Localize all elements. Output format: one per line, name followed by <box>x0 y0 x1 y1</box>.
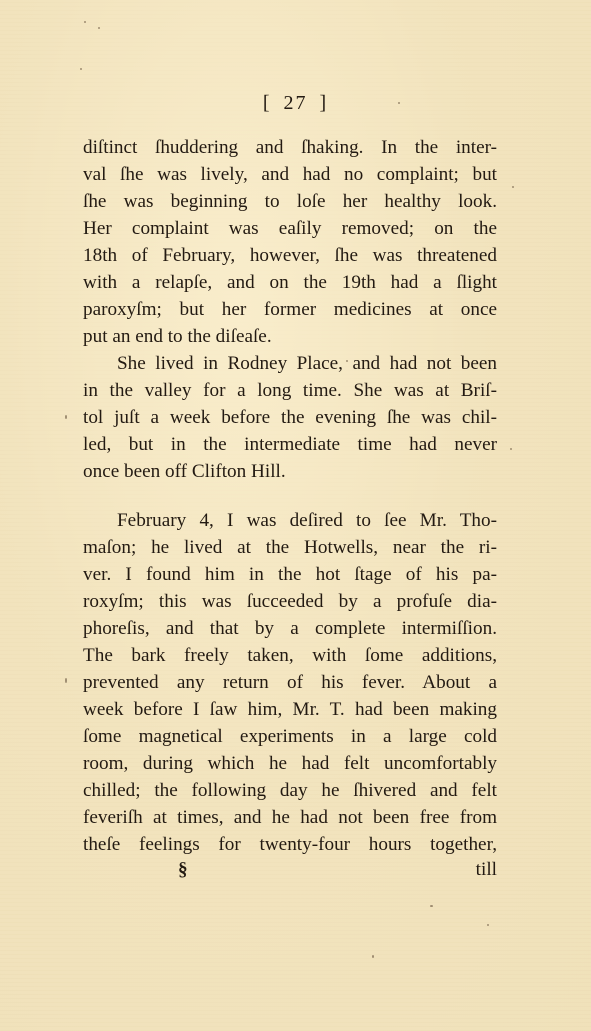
text-line: February 4, I was deſired to ſee Mr. Tho… <box>83 507 497 534</box>
paper-speck <box>84 21 86 23</box>
bracket-close: ] <box>308 92 341 114</box>
paragraph-mr-thomason: February 4, I was deſired to ſee Mr. Tho… <box>83 507 497 858</box>
text-line: tol juſt a week before the evening ſhe w… <box>83 404 497 431</box>
paper-speck <box>398 102 400 104</box>
paragraph-continuation: diſtinct ſhuddering and ſhaking. In the … <box>83 134 497 350</box>
catchline: § till <box>83 856 497 883</box>
paper-speck <box>510 448 512 450</box>
text-line: maſon; he lived at the Hotwells, near th… <box>83 534 497 561</box>
text-line: diſtinct ſhuddering and ſhaking. In the … <box>83 134 497 161</box>
paper-speck <box>346 360 348 362</box>
paper-speck <box>430 905 433 907</box>
text-line: feveriſh at times, and he had not been f… <box>83 804 497 831</box>
page-number-value: 27 <box>284 92 308 114</box>
text-line: chilled; the following day he ſhivered a… <box>83 777 497 804</box>
text-line: paroxyſm; but her former medicines at on… <box>83 296 497 323</box>
book-page: [27] diſtinct ſhuddering and ſhaking. In… <box>0 0 591 1031</box>
paper-speck <box>372 955 374 958</box>
text-line: 18th of February, however, ſhe was threa… <box>83 242 497 269</box>
paper-speck <box>512 186 514 188</box>
paper-speck <box>98 27 100 29</box>
paper-speck <box>65 678 67 683</box>
text-line: The bark freely taken, with ſome additio… <box>83 642 497 669</box>
text-line: led, but in the intermediate time had ne… <box>83 431 497 458</box>
text-line: prevented any return of his fever. About… <box>83 669 497 696</box>
paper-speck <box>65 415 67 419</box>
catchword: till <box>476 856 497 883</box>
text-line: phoreſis, and that by a complete intermi… <box>83 615 497 642</box>
signature-mark: § <box>178 856 188 883</box>
paragraph-rodney-place: She lived in Rodney Place, and had not b… <box>83 350 497 485</box>
text-line: roxyſm; this was ſucceeded by a profuſe … <box>83 588 497 615</box>
page-number: [27] <box>0 92 591 115</box>
text-line: in the valley for a long time. She was a… <box>83 377 497 404</box>
text-line: Her complaint was eaſily removed; on the <box>83 215 497 242</box>
text-line: She lived in Rodney Place, and had not b… <box>83 350 497 377</box>
text-line: ſome magnetical experiments in a large c… <box>83 723 497 750</box>
text-line: val ſhe was lively, and had no complaint… <box>83 161 497 188</box>
text-line: theſe feelings for twenty-four hours tog… <box>83 831 497 858</box>
bracket-open: [ <box>251 92 284 114</box>
text-line: with a relapſe, and on the 19th had a ſl… <box>83 269 497 296</box>
paper-speck <box>80 68 82 70</box>
text-line: once been off Clifton Hill. <box>83 458 497 485</box>
text-line: put an end to the diſeaſe. <box>83 323 497 350</box>
paper-speck <box>487 924 489 926</box>
text-line: week before I ſaw him, Mr. T. had been m… <box>83 696 497 723</box>
text-line: ver. I found him in the hot ſtage of his… <box>83 561 497 588</box>
text-line: ſhe was beginning to loſe her healthy lo… <box>83 188 497 215</box>
text-line: room, during which he had felt uncomfort… <box>83 750 497 777</box>
